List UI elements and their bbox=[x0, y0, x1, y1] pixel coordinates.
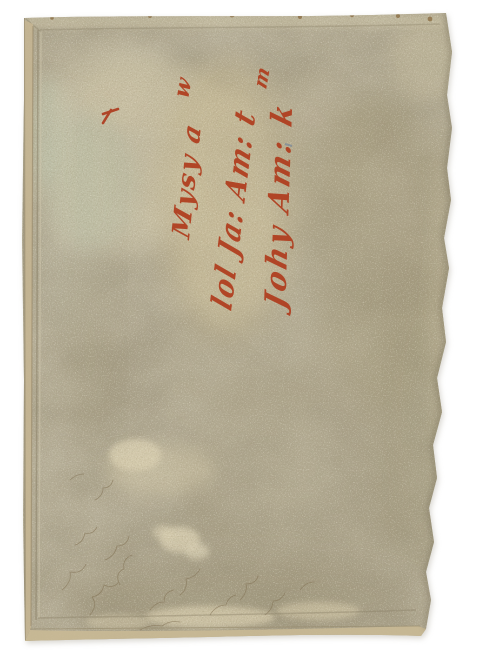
photograph-of-panel-verso: Johy Am: k lol Ja: Am: t Mysy a w m bbox=[0, 0, 477, 660]
panel-photo-canvas: Johy Am: k lol Ja: Am: t Mysy a w m bbox=[0, 0, 477, 660]
panel-texture-layers bbox=[0, 0, 477, 660]
grain-dark bbox=[0, 0, 477, 660]
left-edge-line bbox=[24, 18, 25, 640]
inscription-line-1: Johy Am: k bbox=[258, 97, 299, 317]
